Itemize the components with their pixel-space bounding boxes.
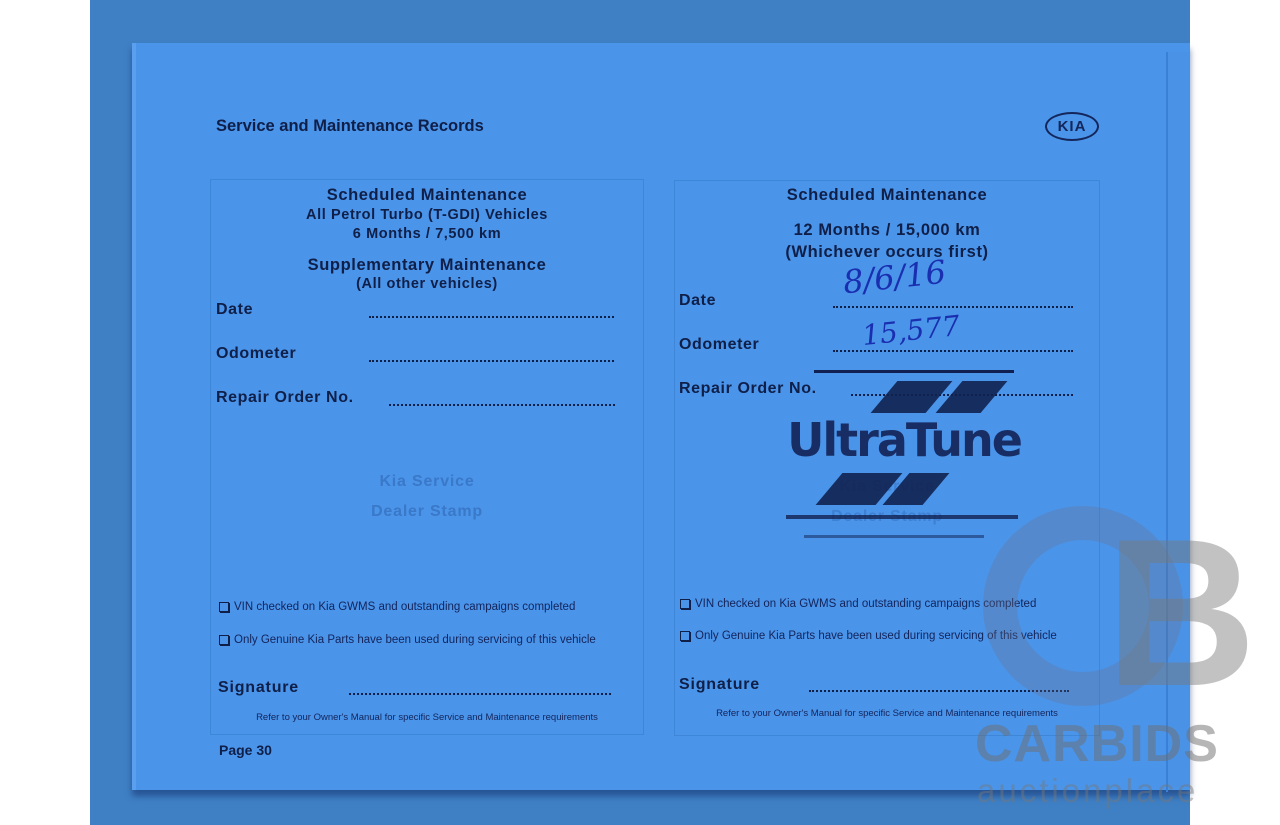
checkbox-icon[interactable] — [680, 599, 690, 609]
stamp-bar — [786, 515, 1018, 519]
left-footer-note: Refer to your Owner's Manual for specifi… — [211, 712, 643, 723]
left-check-vin-label: VIN checked on Kia GWMS and outstanding … — [234, 601, 575, 613]
left-check-parts[interactable]: Only Genuine Kia Parts have been used du… — [219, 634, 596, 646]
stamp-bar — [814, 370, 1014, 373]
left-check-vin[interactable]: VIN checked on Kia GWMS and outstanding … — [219, 601, 575, 613]
left-subheading-interval: 6 Months / 7,500 km — [211, 226, 643, 242]
stamp-bar — [804, 535, 984, 538]
checkbox-icon[interactable] — [680, 631, 690, 641]
left-subheading-vehicles: All Petrol Turbo (T-GDI) Vehicles — [211, 207, 643, 223]
page-edge — [132, 43, 136, 790]
right-subheading-interval: 12 Months / 15,000 km — [675, 221, 1099, 240]
left-stamp-placeholder-1: Kia Service — [211, 473, 643, 491]
page-number: Page 30 — [219, 742, 272, 758]
right-date-field[interactable] — [833, 306, 1073, 308]
left-signature-field[interactable] — [349, 693, 611, 695]
left-heading-supplementary: Supplementary Maintenance — [211, 256, 643, 275]
right-signature-field[interactable] — [809, 690, 1069, 692]
checkbox-icon[interactable] — [219, 602, 229, 612]
document-title: Service and Maintenance Records — [216, 117, 484, 136]
left-stamp-placeholder-2: Dealer Stamp — [211, 503, 643, 521]
left-subheading-other: (All other vehicles) — [211, 276, 643, 292]
right-footer-note: Refer to your Owner's Manual for specifi… — [675, 708, 1099, 719]
right-signature-label: Signature — [679, 676, 760, 694]
checkbox-icon[interactable] — [219, 635, 229, 645]
left-check-parts-label: Only Genuine Kia Parts have been used du… — [234, 634, 596, 646]
right-heading: Scheduled Maintenance — [675, 186, 1099, 205]
right-check-parts-label: Only Genuine Kia Parts have been used du… — [695, 630, 1057, 642]
right-check-vin-label: VIN checked on Kia GWMS and outstanding … — [695, 598, 1036, 610]
left-date-label: Date — [216, 301, 253, 319]
kia-logo-icon: KIA — [1045, 112, 1099, 141]
right-check-vin[interactable]: VIN checked on Kia GWMS and outstanding … — [680, 598, 1036, 610]
left-heading: Scheduled Maintenance — [211, 186, 643, 205]
left-service-record: Scheduled Maintenance All Petrol Turbo (… — [210, 179, 644, 735]
stamp-brand-name: UltraTune — [784, 413, 1024, 467]
right-odometer-label: Odometer — [679, 336, 759, 354]
left-date-field[interactable] — [369, 316, 614, 318]
left-odometer-label: Odometer — [216, 345, 296, 363]
left-repair-order-label: Repair Order No. — [216, 389, 354, 407]
left-repair-order-field[interactable] — [389, 404, 615, 406]
next-page-edge — [1168, 52, 1190, 787]
left-signature-label: Signature — [218, 679, 299, 697]
left-odometer-field[interactable] — [369, 360, 614, 362]
right-check-parts[interactable]: Only Genuine Kia Parts have been used du… — [680, 630, 1057, 642]
dealer-stamp: UltraTune — [784, 375, 1024, 545]
right-date-label: Date — [679, 292, 716, 310]
